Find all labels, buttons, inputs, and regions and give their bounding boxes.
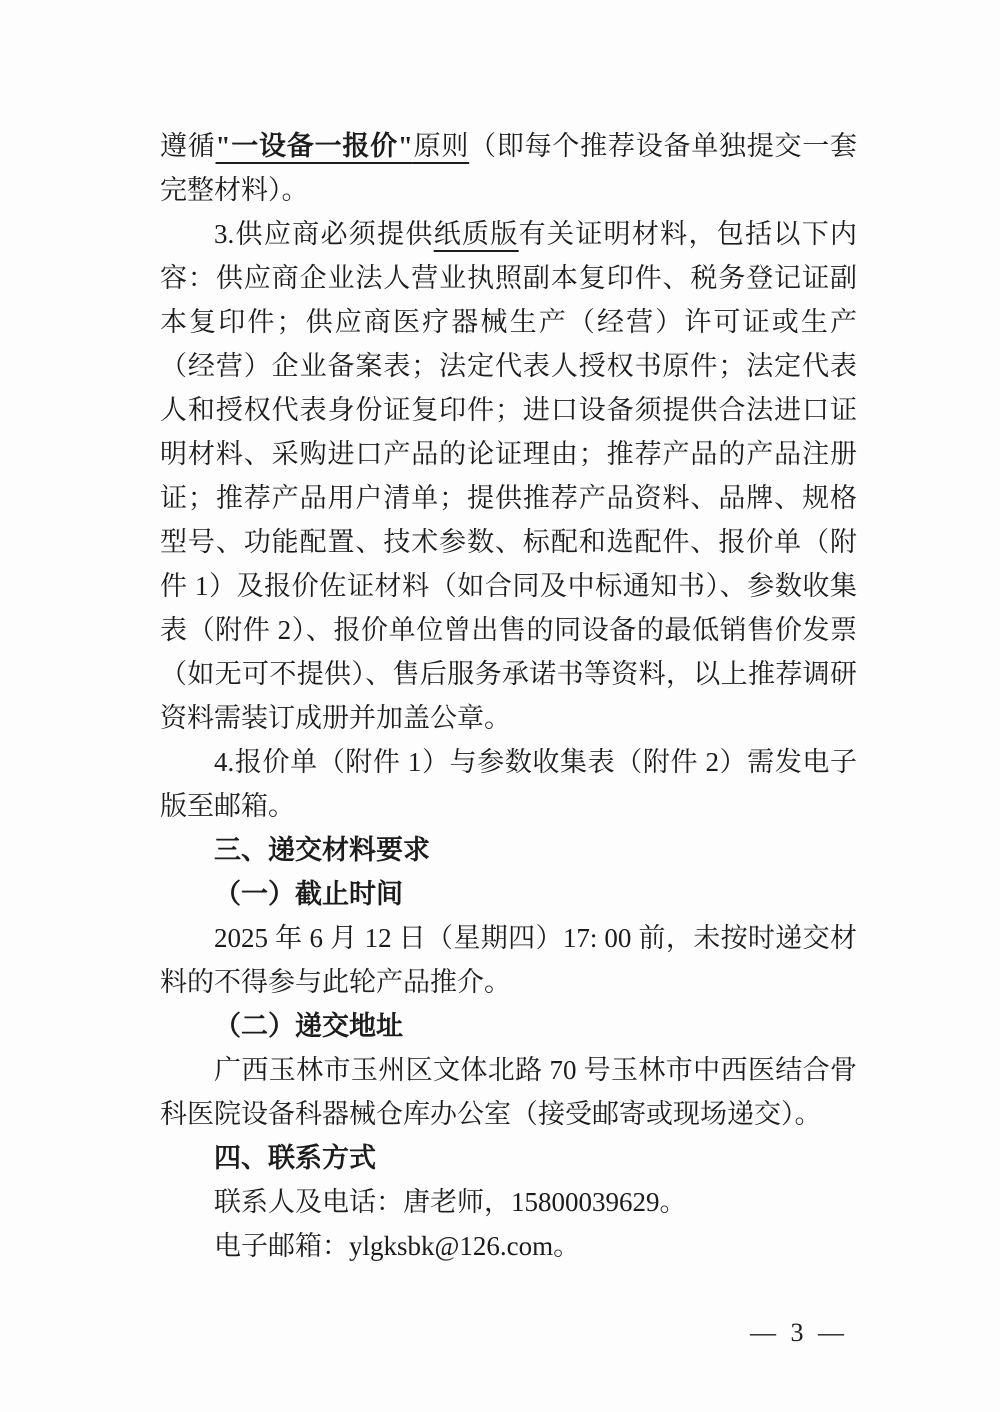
paragraph: 4.报价单（附件 1）与参数收集表（附件 2）需发电子版至邮箱。 — [160, 740, 857, 828]
document-page: 遵循"一设备一报价"原则（即每个推荐设备单独提交一套完整材料）。3.供应商必须提… — [0, 0, 1000, 1412]
text-segment: 原则 — [413, 131, 469, 161]
paragraph: 联系人及电话：唐老师，15800039629。 — [160, 1180, 857, 1224]
text-segment: 2025 年 6 月 12 日（星期四）17: 00 前，未按时递交材料的不得参… — [160, 923, 857, 997]
page-number: — 3 — — [750, 1318, 848, 1348]
section-heading: （一）截止时间 — [160, 872, 857, 916]
section-heading: 三、递交材料要求 — [160, 828, 857, 872]
text-segment: 3.供应商必须提供 — [214, 219, 434, 249]
section-heading: （二）递交地址 — [160, 1004, 857, 1048]
paragraph: 电子邮箱：ylgksbk@126.com。 — [160, 1224, 857, 1268]
paragraph: 3.供应商必须提供纸质版有关证明材料，包括以下内容：供应商企业法人营业执照副本复… — [160, 212, 857, 740]
text-segment: 三、递交材料要求 — [214, 835, 430, 865]
text-segment: 纸质版 — [434, 219, 519, 249]
text-segment: 遵循 — [160, 131, 216, 161]
paragraph: 遵循"一设备一报价"原则（即每个推荐设备单独提交一套完整材料）。 — [160, 124, 857, 212]
paragraph: 广西玉林市玉州区文体北路 70 号玉林市中西医结合骨科医院设备科器械仓库办公室（… — [160, 1048, 857, 1136]
text-segment: （一）截止时间 — [214, 879, 403, 909]
text-segment: "一设备一报价" — [216, 131, 413, 161]
paragraph: 2025 年 6 月 12 日（星期四）17: 00 前，未按时递交材料的不得参… — [160, 916, 857, 1004]
text-segment: 联系人及电话：唐老师，15800039629。 — [214, 1187, 687, 1217]
section-heading: 四、联系方式 — [160, 1136, 857, 1180]
document-body: 遵循"一设备一报价"原则（即每个推荐设备单独提交一套完整材料）。3.供应商必须提… — [160, 124, 857, 1268]
text-segment: 广西玉林市玉州区文体北路 70 号玉林市中西医结合骨科医院设备科器械仓库办公室（… — [160, 1055, 857, 1129]
text-segment: 4.报价单（附件 1）与参数收集表（附件 2）需发电子版至邮箱。 — [160, 747, 857, 821]
text-segment: 四、联系方式 — [214, 1143, 376, 1173]
text-segment: 有关证明材料，包括以下内容：供应商企业法人营业执照副本复印件、税务登记证副本复印… — [160, 219, 857, 733]
text-segment: 电子邮箱：ylgksbk@126.com。 — [214, 1231, 580, 1261]
text-segment: （二）递交地址 — [214, 1011, 403, 1041]
